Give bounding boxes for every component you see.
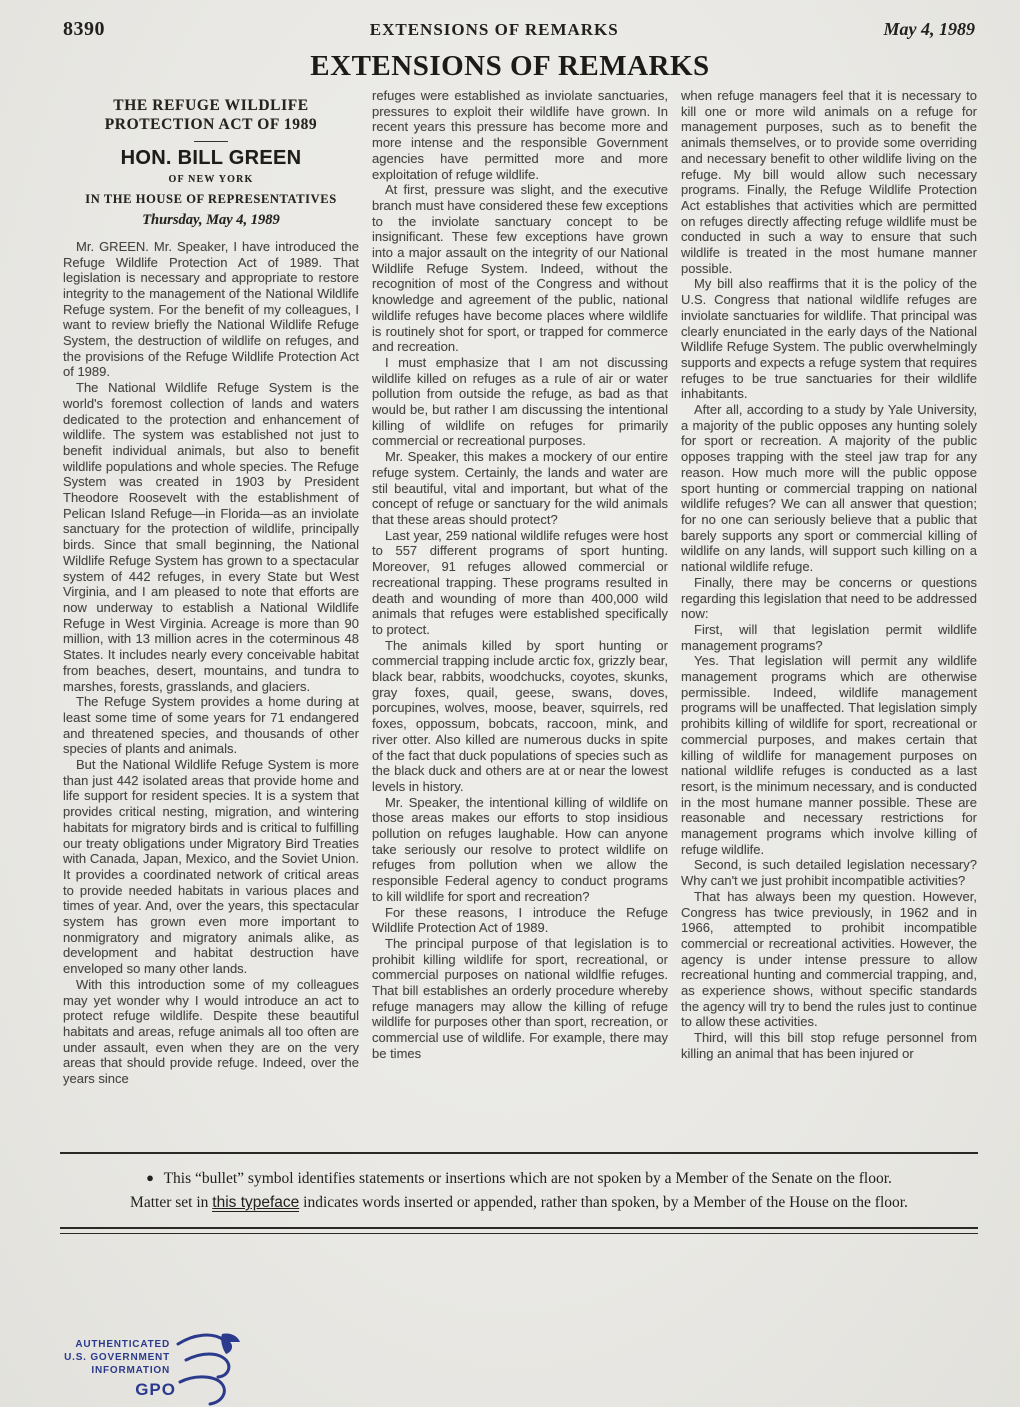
- footnote-line-2: Matter set in this typeface indicates wo…: [60, 1191, 978, 1215]
- gpo-text-line3: INFORMATION: [64, 1364, 170, 1377]
- column-left-body: Mr. GREEN. Mr. Speaker, I have introduce…: [63, 239, 359, 1087]
- footnote-block: ● This “bullet” symbol identifies statem…: [60, 1152, 978, 1234]
- paragraph: For these reasons, I introduce the Refug…: [372, 905, 668, 936]
- paragraph: But the National Wildlife Refuge System …: [63, 757, 359, 977]
- article-title-line1: THE REFUGE WILDLIFE: [113, 97, 308, 114]
- paragraph: Last year, 259 national wildlife refuges…: [372, 528, 668, 638]
- article-title-line2: PROTECTION ACT OF 1989: [105, 116, 318, 133]
- footnote-line-1-text: This “bullet” symbol identifies statemen…: [164, 1170, 892, 1187]
- paragraph: Finally, there may be concerns or questi…: [681, 575, 977, 622]
- paragraph: when refuge managers feel that it is nec…: [681, 88, 977, 276]
- paragraph: That has always been my question. Howeve…: [681, 889, 977, 1030]
- gpo-text-line1: AUTHENTICATED: [64, 1338, 170, 1351]
- gpo-text: AUTHENTICATED U.S. GOVERNMENT INFORMATIO…: [64, 1338, 170, 1377]
- running-head: 8390 EXTENSIONS OF REMARKS May 4, 1989: [63, 18, 975, 41]
- session-date: Thursday, May 4, 1989: [63, 213, 359, 229]
- paragraph: At first, pressure was slight, and the e…: [372, 182, 668, 355]
- paragraph: refuges were established as inviolate sa…: [372, 88, 668, 182]
- paragraph: Mr. Speaker, the intentional killing of …: [372, 795, 668, 905]
- paragraph: First, will that legislation permit wild…: [681, 622, 977, 653]
- footnote-rule-bottom: [60, 1227, 978, 1234]
- paragraph: Yes. That legislation will permit any wi…: [681, 653, 977, 857]
- article-heading: THE REFUGE WILDLIFE PROTECTION ACT OF 19…: [63, 96, 359, 229]
- running-title: EXTENSIONS OF REMARKS: [105, 20, 884, 40]
- congressional-record-page: 8390 EXTENSIONS OF REMARKS May 4, 1989 E…: [0, 0, 1020, 1407]
- chamber-line: IN THE HOUSE OF REPRESENTATIVES: [63, 192, 359, 208]
- bullet-icon: ●: [146, 1170, 154, 1185]
- paragraph: Mr. GREEN. Mr. Speaker, I have introduce…: [63, 239, 359, 380]
- gpo-text-line2: U.S. GOVERNMENT: [64, 1351, 170, 1364]
- paragraph: With this introduction some of my collea…: [63, 977, 359, 1087]
- gpo-authentication-seal: AUTHENTICATED U.S. GOVERNMENT INFORMATIO…: [62, 1330, 242, 1407]
- paragraph: Mr. Speaker, this makes a mockery of our…: [372, 449, 668, 528]
- footnote-line-2-suffix: indicates words inserted or appended, ra…: [299, 1194, 908, 1211]
- gpo-eagle-icon: [172, 1330, 242, 1407]
- issue-date: May 4, 1989: [884, 19, 976, 40]
- paragraph: After all, according to a study by Yale …: [681, 402, 977, 575]
- article-title: THE REFUGE WILDLIFE PROTECTION ACT OF 19…: [63, 96, 359, 134]
- footnote-rule-top: [60, 1152, 978, 1154]
- paragraph: Second, is such detailed legislation nec…: [681, 857, 977, 888]
- section-title: EXTENSIONS OF REMARKS: [0, 50, 1020, 83]
- speaker-name: HON. BILL GREEN: [63, 151, 359, 167]
- footnote-typeface-sample: this typeface: [212, 1194, 299, 1212]
- footnote-line-2-prefix: Matter set in: [130, 1194, 212, 1211]
- speaker-state: OF NEW YORK: [63, 172, 359, 188]
- heading-divider: [194, 141, 228, 142]
- column-left: THE REFUGE WILDLIFE PROTECTION ACT OF 19…: [63, 88, 359, 1142]
- paragraph: The National Wildlife Refuge System is t…: [63, 380, 359, 694]
- paragraph: My bill also reaffirms that it is the po…: [681, 276, 977, 402]
- page-number: 8390: [63, 18, 105, 41]
- footnote-line-1: ● This “bullet” symbol identifies statem…: [60, 1166, 978, 1191]
- paragraph: The principal purpose of that legislatio…: [372, 936, 668, 1062]
- paragraph: The Refuge System provides a home during…: [63, 694, 359, 757]
- gpo-acronym: GPO: [135, 1380, 176, 1400]
- article-columns: THE REFUGE WILDLIFE PROTECTION ACT OF 19…: [63, 88, 977, 1142]
- paragraph: Third, will this bill stop refuge person…: [681, 1030, 977, 1061]
- paragraph: I must emphasize that I am not discussin…: [372, 355, 668, 449]
- paragraph: The animals killed by sport hunting or c…: [372, 638, 668, 795]
- column-right: when refuge managers feel that it is nec…: [681, 88, 977, 1142]
- column-middle: refuges were established as inviolate sa…: [372, 88, 668, 1142]
